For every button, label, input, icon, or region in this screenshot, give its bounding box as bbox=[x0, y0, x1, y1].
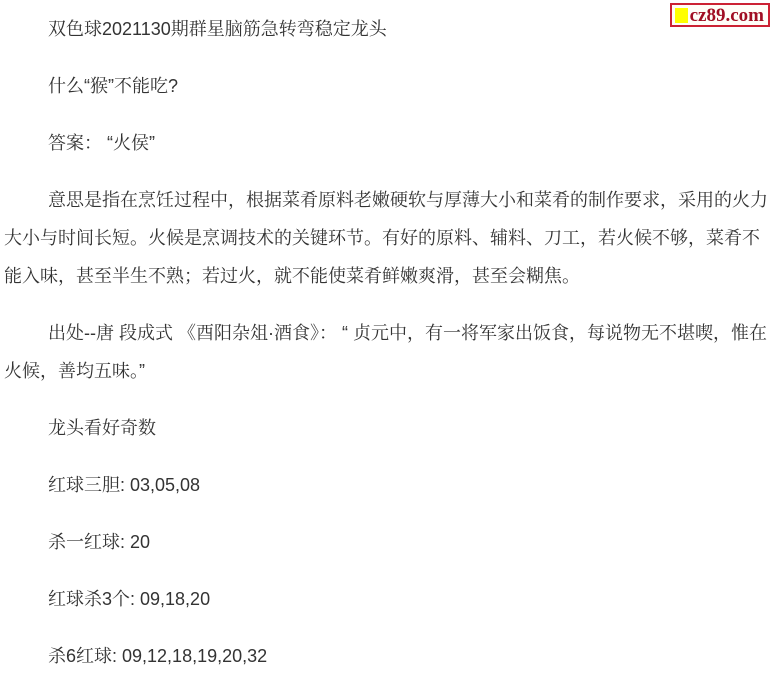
paragraph-kill-three-red: 红球杀3个: 09,18,20 bbox=[4, 580, 770, 618]
paragraph-kill-six-red: 杀6红球: 09,12,18,19,20,32 bbox=[4, 637, 770, 675]
paragraph-kill-one-red: 杀一红球: 20 bbox=[4, 523, 770, 561]
site-logo[interactable]: cz89.com bbox=[670, 3, 770, 27]
logo-text: cz89.com bbox=[690, 6, 764, 25]
paragraph-red-ball-three: 红球三胆: 03,05,08 bbox=[4, 466, 770, 504]
paragraph-riddle-question: 什么“猴”不能吃? bbox=[4, 67, 770, 105]
article-title: 双色球2021130期群星脑筋急转弯稳定龙头 bbox=[4, 10, 770, 48]
paragraph-dragon-head: 龙头看好奇数 bbox=[4, 409, 770, 447]
logo-yellow-square-icon bbox=[675, 8, 688, 23]
article-content: 双色球2021130期群星脑筋急转弯稳定龙头 什么“猴”不能吃? 答案： “火侯… bbox=[0, 0, 774, 675]
paragraph-riddle-answer: 答案： “火侯” bbox=[4, 124, 770, 162]
paragraph-explanation: 意思是指在烹饪过程中，根据菜肴原料老嫩硬软与厚薄大小和菜肴的制作要求，采用的火力… bbox=[4, 181, 770, 295]
paragraph-source-quote: 出处--唐 段成式 《酉阳杂俎·酒食》： “ 贞元中，有一将军家出饭食，每说物无… bbox=[4, 314, 770, 390]
